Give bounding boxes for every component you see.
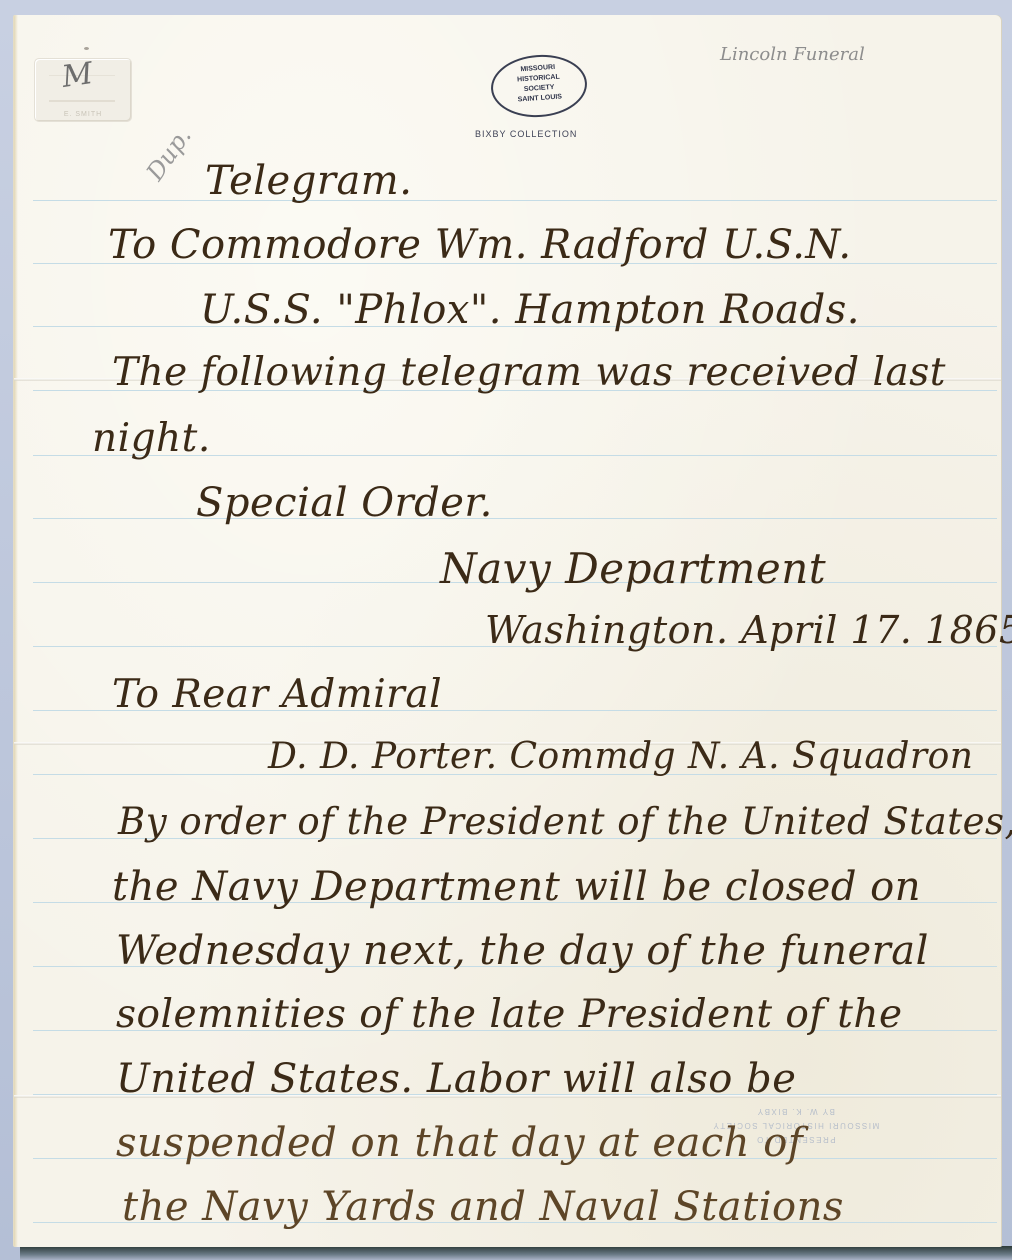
page-shadow: [20, 1246, 1012, 1260]
collection-label: BIXBY COLLECTION: [475, 129, 577, 139]
ruled-line: [33, 200, 997, 201]
body-line: solemnities of the late President of the: [116, 992, 903, 1037]
addressee-line: To Commodore Wm. Radford U.S.N.: [108, 222, 852, 268]
body-line: Wednesday next, the day of the funeral: [116, 928, 929, 974]
location-line: U.S.S. "Phlox". Hampton Roads.: [200, 287, 860, 333]
page-edge: [14, 15, 18, 1247]
pencil-lincoln-funeral-note: Lincoln Funeral: [720, 44, 865, 65]
body-line: the Navy Department will be closed on: [112, 864, 921, 910]
body-line: suspended on that day at each of: [116, 1120, 803, 1166]
emboss-label: E. SMITH: [35, 111, 131, 118]
department-line: Navy Department: [440, 544, 826, 593]
intro-line-1: The following telegram was received last: [112, 350, 946, 395]
dateline: Washington. April 17. 1865: [485, 608, 1012, 652]
body-line: United States. Labor will also be: [116, 1056, 796, 1102]
recipient-line-1: To Rear Admiral: [112, 672, 442, 717]
pencil-initial: M: [60, 56, 95, 95]
letter-heading: Telegram.: [205, 158, 412, 204]
ruled-line: [33, 518, 997, 519]
body-line: the Navy Yards and Naval Stations: [122, 1184, 844, 1230]
body-line: By order of the President of the United …: [118, 800, 1012, 843]
pin-hole: [84, 47, 89, 50]
intro-line-2: night.: [92, 416, 211, 461]
recipient-line-2: D. D. Porter. Commdg N. A. Squadron: [268, 736, 973, 777]
order-title: Special Order.: [196, 480, 493, 526]
presented-line: BY W. K. BIXBY: [712, 1104, 879, 1118]
